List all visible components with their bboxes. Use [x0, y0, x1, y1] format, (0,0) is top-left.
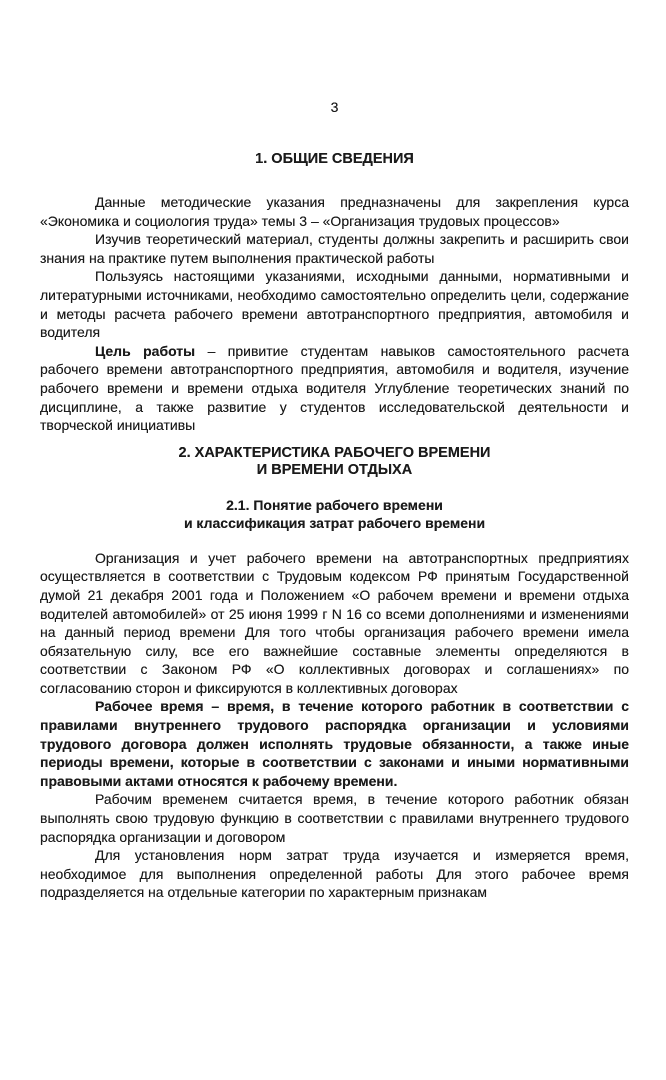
paragraph-working-time-considered: Рабочим временем считается время, в тече…	[40, 790, 629, 846]
subsection-2-1-heading-line-1: 2.1. Понятие рабочего времени	[40, 496, 629, 514]
paragraph-study: Изучив теоретический материал, студенты …	[40, 230, 629, 267]
page-content: 3 1. ОБЩИЕ СВЕДЕНИЯ Данные методические …	[0, 0, 666, 902]
paragraph-using-guidelines: Пользуясь настоящими указаниями, исходны…	[40, 267, 629, 341]
paragraph-intro: Данные методические указания предназначе…	[40, 193, 629, 230]
paragraph-goal-placeholder: Пользуясь настоящими указаниями, исходны…	[40, 268, 629, 340]
document-page: 3 1. ОБЩИЕ СВЕДЕНИЯ Данные методические …	[0, 0, 666, 1080]
section-2-heading-line-2: И ВРЕМЕНИ ОТДЫХА	[40, 462, 629, 479]
page-number: 3	[40, 0, 629, 117]
paragraph-goal-lead: Цель работы	[95, 343, 208, 359]
paragraph-goal: Цель работы – привитие студентам навыков…	[40, 342, 629, 435]
paragraph-organization: Организация и учет рабочего времени на а…	[40, 549, 629, 698]
subsection-2-1-heading-line-2: и классификация затрат рабочего времени	[40, 514, 629, 532]
section-2-heading: 2. ХАРАКТЕРИСТИКА РАБОЧЕГО ВРЕМЕНИ И ВРЕ…	[40, 445, 629, 479]
paragraph-labor-norms: Для установления норм затрат труда изуча…	[40, 846, 629, 902]
subsection-2-1-heading: 2.1. Понятие рабочего времени и классифи…	[40, 496, 629, 532]
section-2-heading-line-1: 2. ХАРАКТЕРИСТИКА РАБОЧЕГО ВРЕМЕНИ	[40, 445, 629, 462]
section-1-heading: 1. ОБЩИЕ СВЕДЕНИЯ	[40, 150, 629, 169]
paragraph-working-time-definition: Рабочее время – время, в течение которог…	[40, 697, 629, 790]
